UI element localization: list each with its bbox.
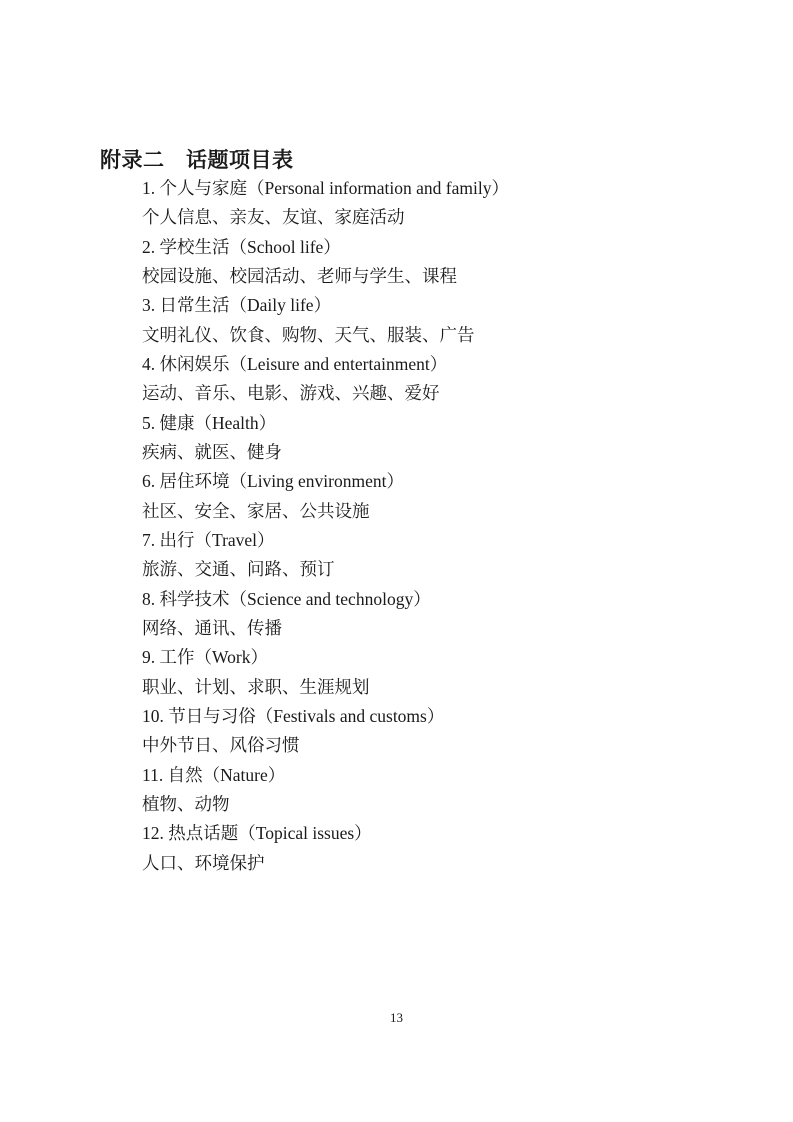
topic-heading: 5. 健康（Health） <box>142 409 722 438</box>
topic-heading: 6. 居住环境（Living environment） <box>142 467 722 496</box>
topic-heading: 7. 出行（Travel） <box>142 526 722 555</box>
topic-subtopics: 运动、音乐、电影、游戏、兴趣、爱好 <box>142 379 722 408</box>
topic-heading: 3. 日常生活（Daily life） <box>142 291 722 320</box>
topic-subtopics: 中外节日、风俗习惯 <box>142 731 722 760</box>
topic-subtopics: 疾病、就医、健身 <box>142 438 722 467</box>
topic-subtopics: 职业、计划、求职、生涯规划 <box>142 673 722 702</box>
page-title: 附录二 话题项目表 <box>100 144 294 174</box>
topic-heading: 1. 个人与家庭（Personal information and family… <box>142 174 722 203</box>
topic-subtopics: 校园设施、校园活动、老师与学生、课程 <box>142 262 722 291</box>
topic-subtopics: 个人信息、亲友、友谊、家庭活动 <box>142 203 722 232</box>
topic-heading: 2. 学校生活（School life） <box>142 233 722 262</box>
page-number: 13 <box>0 1010 793 1026</box>
topic-heading: 10. 节日与习俗（Festivals and customs） <box>142 702 722 731</box>
topic-subtopics: 人口、环境保护 <box>142 849 722 878</box>
topic-subtopics: 植物、动物 <box>142 790 722 819</box>
topic-heading: 11. 自然（Nature） <box>142 761 722 790</box>
topic-list: 1. 个人与家庭（Personal information and family… <box>142 174 722 878</box>
topic-subtopics: 旅游、交通、问路、预订 <box>142 555 722 584</box>
topic-heading: 9. 工作（Work） <box>142 643 722 672</box>
topic-subtopics: 网络、通讯、传播 <box>142 614 722 643</box>
topic-heading: 8. 科学技术（Science and technology） <box>142 585 722 614</box>
document-page: 附录二 话题项目表 1. 个人与家庭（Personal information … <box>0 0 793 1122</box>
topic-heading: 4. 休闲娱乐（Leisure and entertainment） <box>142 350 722 379</box>
topic-heading: 12. 热点话题（Topical issues） <box>142 819 722 848</box>
topic-subtopics: 社区、安全、家居、公共设施 <box>142 497 722 526</box>
topic-subtopics: 文明礼仪、饮食、购物、天气、服装、广告 <box>142 321 722 350</box>
